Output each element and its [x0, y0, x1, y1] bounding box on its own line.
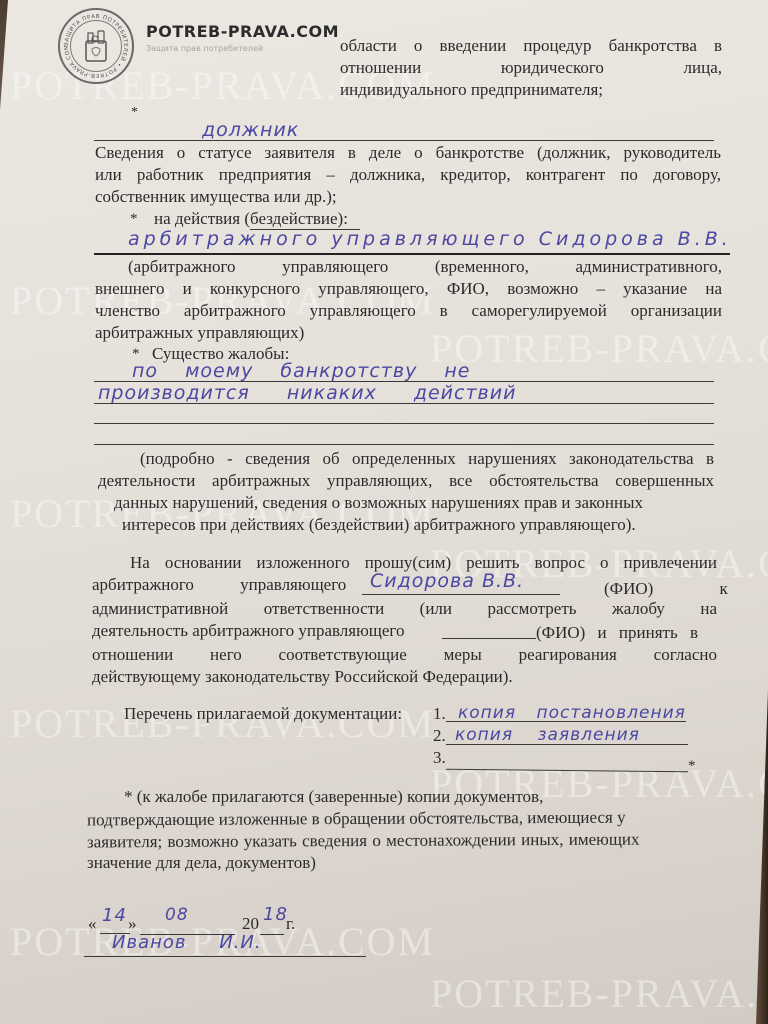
complaint-hint: (подробно - сведения об определенных нар…: [140, 448, 714, 470]
complaint-hint: интересов при действиях (бездействии) ар…: [122, 514, 636, 536]
shopping-bag-icon: [71, 21, 121, 71]
date-open-quote: «: [88, 913, 97, 935]
applicant-status-hint: Сведения о статусе заявителя в деле о ба…: [95, 142, 721, 164]
footnote-line: * (к жалобе прилагаются (заверенные) коп…: [124, 786, 543, 808]
required-asterisk: *: [688, 755, 696, 777]
request-line: действующему законодательству Российской…: [92, 666, 513, 688]
attachment-underline: [446, 744, 688, 745]
actions-label: на действия (бездействие):: [154, 208, 348, 230]
logo-inner-circle: [70, 20, 122, 72]
brand-tagline: Защита прав потребителей: [146, 44, 263, 53]
brand-logo: ЗАЩИТА ПРАВ ПОТРЕБИТЕЛЕЙ • POTREB-PRAVA.…: [58, 8, 134, 84]
date-year-suffix[interactable]: 18: [263, 904, 288, 925]
attachment-value[interactable]: копия постановления: [458, 703, 686, 723]
complaint-underline: [94, 403, 714, 404]
request-line-suffix: (ФИО) и принять в: [536, 622, 698, 644]
footnote-line: значение для дела, документов): [87, 852, 316, 874]
document-page: POTREB-PRAVA.COM POTREB-PRAVA.COM POTREB…: [0, 0, 768, 1024]
complaint-underline: [94, 444, 714, 445]
date-year-underline: [260, 934, 284, 935]
attachment-underline: [446, 769, 688, 773]
applicant-status-hint: собственник имущества или др.);: [95, 186, 337, 208]
attachments-label: Перечень прилагаемой документации:: [124, 703, 402, 725]
actions-underline: [94, 253, 730, 255]
brand-name: POTREB-PRAVA.COM: [146, 22, 339, 41]
required-asterisk: *: [131, 102, 138, 124]
actions-hint: арбитражных управляющих): [95, 322, 304, 344]
request-line: отношении него соответствующие меры реаг…: [92, 644, 717, 666]
complaint-line[interactable]: производится никаких действий: [98, 382, 516, 404]
attachment-number: 3.: [433, 747, 446, 769]
applicant-status-value[interactable]: должник: [202, 119, 299, 141]
signature-value[interactable]: Иванов И.И.: [112, 932, 262, 953]
signature-underline: [84, 956, 366, 957]
actions-hint: (арбитражного управляющего (временного, …: [128, 256, 722, 278]
date-day[interactable]: 14: [102, 905, 127, 926]
watermark: POTREB-PRAVA.COM: [430, 325, 768, 372]
watermark: POTREB-PRAVA.COM: [430, 970, 768, 1017]
date-month[interactable]: 08: [165, 905, 189, 925]
applicant-status-underline: [94, 140, 714, 141]
attachment-number: 1.: [433, 703, 446, 725]
date-year-unit: г.: [286, 913, 295, 935]
actions-hint: внешнего и конкурсного управляющего, ФИО…: [95, 278, 722, 300]
applicant-status-hint: или работник предприятия – должника, кре…: [95, 164, 721, 186]
attachment-value[interactable]: копия заявления: [455, 725, 640, 745]
attachment-underline: [446, 721, 686, 722]
request-manager-underline: [362, 594, 560, 595]
request-fio-underline: [442, 638, 536, 639]
complaint-hint: данных нарушений, сведения о возможных н…: [114, 492, 643, 514]
actions-value[interactable]: арбитражного управляющего Сидорова В.В.: [128, 228, 732, 250]
intro-line: отношении юридического лица,: [340, 57, 722, 79]
attachment-number: 2.: [433, 725, 446, 747]
complaint-hint: деятельности арбитражных управляющих, вс…: [98, 470, 714, 492]
intro-line: области о введении процедур банкротства …: [340, 35, 722, 57]
request-line: административной ответственности (или ра…: [92, 598, 717, 620]
complaint-line[interactable]: по моему банкротству не: [132, 360, 470, 382]
footnote-line: заявителя; возможно указать сведения о м…: [87, 829, 640, 854]
request-line-prefix: арбитражного управляющего: [92, 574, 346, 596]
footnote-line: подтверждающие изложенные в обращении об…: [87, 807, 626, 832]
request-manager-value[interactable]: Сидорова В.В.: [370, 570, 524, 592]
intro-line: индивидуального предпринимателя;: [340, 79, 603, 101]
request-line-suffix: (ФИО) к: [604, 578, 728, 600]
required-asterisk: *: [130, 208, 138, 230]
request-line-prefix: деятельность арбитражного управляющего: [92, 620, 404, 642]
actions-hint: членство арбитражного управляющего в сам…: [95, 300, 722, 322]
complaint-underline: [94, 423, 714, 424]
